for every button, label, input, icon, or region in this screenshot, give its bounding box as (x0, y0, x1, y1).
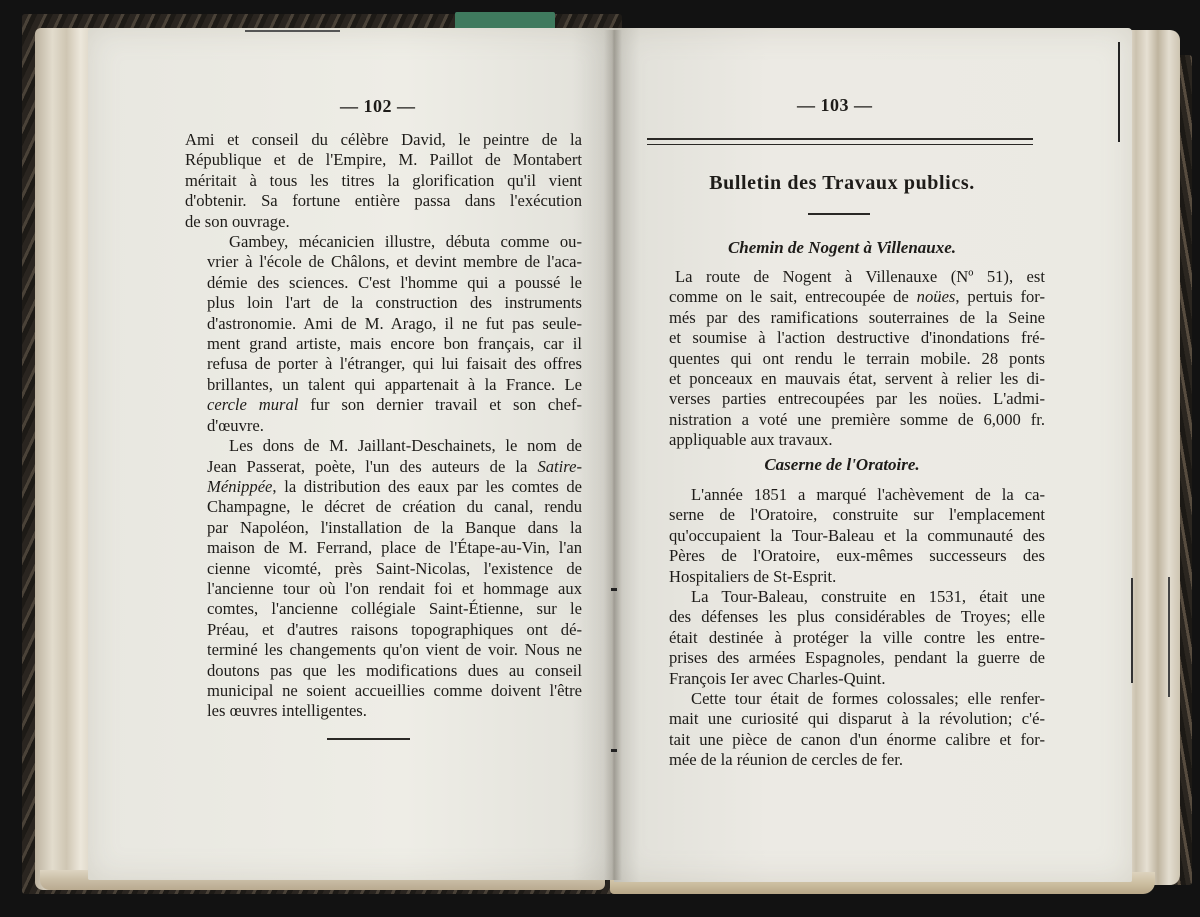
text-line: mée de la réunion de cercles de fer. (647, 750, 1045, 770)
text-line: brillantes, un talent qui appartenait à … (185, 375, 582, 395)
text-line: plus loin l'art de la construction des i… (185, 293, 582, 313)
italic-phrase: cercle mural (207, 395, 298, 414)
text-line: de son ouvrage. (185, 212, 582, 232)
gutter-thread-mark (611, 749, 617, 752)
text-line: Préau, et d'autres raisons topographique… (185, 620, 582, 640)
margin-rule (1131, 578, 1133, 683)
text-line: mait une curiosité qui disparut à la rév… (647, 709, 1045, 729)
text-line: Cette tour était de formes colossales; e… (647, 689, 1045, 709)
text-line: tait une pièce de canon d'un énorme cali… (647, 730, 1045, 750)
text-line: d'astronomie. Ami de M. Arago, il ne fut… (185, 314, 582, 334)
paragraph: Gambey, mécanicien illustre, débuta comm… (185, 232, 582, 436)
text-line: Les dons de M. Jaillant-Deschainets, le … (185, 436, 582, 456)
page-number-right: — 103 — (797, 95, 873, 116)
top-rule-left (245, 30, 340, 32)
page-edges-right (1125, 30, 1180, 885)
text-line: nistration a voté une première somme de … (647, 410, 1045, 430)
text-line: quentes qui ont rendu le terrain mobile.… (647, 349, 1045, 369)
text-line: qu'occupaient la Tour-Baleau et la commu… (647, 526, 1045, 546)
text-line: République et de l'Empire, M. Paillot de… (185, 150, 582, 170)
title-rule (808, 213, 870, 215)
text-line: comtes, l'ancienne collégiale Saint-Étie… (185, 599, 582, 619)
text-line: La route de Nogent à Villenauxe (Nº 51),… (647, 267, 1045, 287)
text-line: Hospitaliers de St-Esprit. (647, 567, 1045, 587)
paragraph: Cette tour était de formes colossales; e… (647, 689, 1045, 771)
page-number-left: — 102 — (340, 96, 416, 117)
text-line: comme on le sait, entrecoupée de noües, … (647, 287, 1045, 307)
text-line: l'ancienne tour où l'on rendait foi et h… (185, 579, 582, 599)
paragraph: L'année 1851 a marqué l'achèvement de la… (647, 485, 1045, 587)
text-line: Ménippée, la distribution des eaux par l… (185, 477, 582, 497)
text-line: d'œuvre. (185, 416, 582, 436)
book-gutter (604, 30, 622, 880)
text-line: méritait à tous les titres la glorificat… (185, 171, 582, 191)
section-title: Bulletin des Travaux publics. (647, 172, 1037, 195)
margin-rule (1118, 42, 1120, 142)
text-line: municipal ne soient accueillies comme do… (185, 681, 582, 701)
text-line: Pères de l'Oratoire, eux-mêmes successeu… (647, 546, 1045, 566)
paragraph: Les dons de M. Jaillant-Deschainets, le … (185, 436, 582, 722)
text-line: refusa de porter à l'étranger, qui lui f… (185, 354, 582, 374)
text-line: La Tour-Baleau, construite en 1531, étai… (647, 587, 1045, 607)
text-line: prises des armées Espagnoles, pendant la… (647, 648, 1045, 668)
text-line: L'année 1851 a marqué l'achèvement de la… (647, 485, 1045, 505)
text-line: Gambey, mécanicien illustre, débuta comm… (185, 232, 582, 252)
text-line: maison de M. Ferrand, place de l'Étape-a… (185, 538, 582, 558)
text-line: Jean Passerat, poète, l'un des auteurs d… (185, 457, 582, 477)
text-line: ment grand artiste, mais encore bon fran… (185, 334, 582, 354)
text-line: et soumise à l'action destructive d'inon… (647, 328, 1045, 348)
end-of-section-rule (327, 738, 410, 740)
text-line: par Napoléon, l'installation de la Banqu… (185, 518, 582, 538)
paragraph: La route de Nogent à Villenauxe (Nº 51),… (647, 267, 1045, 451)
text-line: serne de l'Oratoire, construite sur l'em… (647, 505, 1045, 525)
right-page-text-section-2: L'année 1851 a marqué l'achèvement de la… (647, 485, 1045, 771)
text-line: appliquable aux travaux. (647, 430, 1045, 450)
left-page-text: Ami et conseil du célèbre David, le pein… (185, 130, 582, 722)
text-line: més par des ramifications souterraines d… (647, 308, 1045, 328)
gutter-thread-mark (611, 588, 617, 591)
text-line: terminé les changements qu'on vient de v… (185, 640, 582, 660)
subheading: Caserne de l'Oratoire. (647, 455, 1037, 475)
text-line: démie des sciences. C'est l'homme qui a … (185, 273, 582, 293)
text-line: et ponceaux en mauvais état, servent à r… (647, 369, 1045, 389)
text-line: François Ier avec Charles-Quint. (647, 669, 1045, 689)
text-line: les œuvres intelligentes. (185, 701, 582, 721)
text-line: Ami et conseil du célèbre David, le pein… (185, 130, 582, 150)
text-line: cienne vicomté, près Saint-Nicolas, l'ex… (185, 559, 582, 579)
double-rule (647, 138, 1033, 145)
margin-rule (1168, 577, 1170, 697)
text-line: des défenses les plus considérables de T… (647, 607, 1045, 627)
text-line: verses parties entrecoupées par les noüe… (647, 389, 1045, 409)
subheading: Chemin de Nogent à Villenauxe. (647, 238, 1037, 258)
text-line: d'obtenir. Sa fortune entière passa dans… (185, 191, 582, 211)
paragraph: Ami et conseil du célèbre David, le pein… (185, 130, 582, 232)
text-line: vrier à l'école de Châlons, et devint me… (185, 252, 582, 272)
text-line: était destinée à protéger la ville contr… (647, 628, 1045, 648)
text-line: cercle mural fur son dernier travail et … (185, 395, 582, 415)
right-page-text-section-1: La route de Nogent à Villenauxe (Nº 51),… (647, 267, 1045, 451)
text-line: doutons pas que les modifications dues a… (185, 661, 582, 681)
text-line: Champagne, le décret de création du cana… (185, 497, 582, 517)
paragraph: La Tour-Baleau, construite en 1531, étai… (647, 587, 1045, 689)
